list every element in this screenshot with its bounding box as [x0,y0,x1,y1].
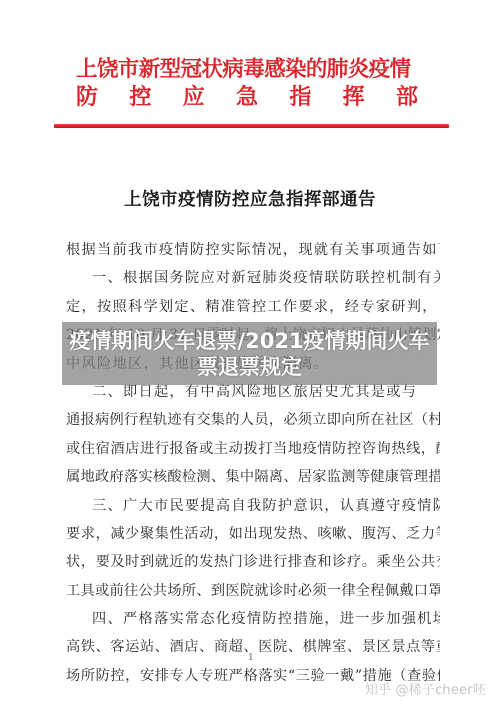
notice-body: 根据当前我市疫情防控实际情况，现就有关事项通告如下： 一、根据国务院应对新冠肺炎… [66,236,440,690]
body-line: 四、严格落实常态化疫情防控措施，进一步加强机场、 [66,605,440,633]
body-line: 定，按照科学划定、精准管控工作要求，经专家研判，自 [66,293,440,321]
authority-char: 指 [289,84,311,110]
body-line: 三、广大市民要提高自我防护意识，认真遵守疫情防控 [66,492,440,520]
notice-title: 上饶市疫情防控应急指挥部通告 [0,186,500,211]
red-header-divider [54,124,449,128]
authority-char: 应 [183,84,205,110]
body-line: 根据当前我市疫情防控实际情况，现就有关事项通告如下： [66,236,440,264]
issuing-authority-line1: 上饶市新型冠状病毒感染的肺炎疫情 [76,57,418,83]
body-line: 一、根据国务院应对新冠肺炎疫情联防联控机制有关规 [66,264,440,292]
authority-char: 控 [129,84,151,110]
authority-char: 急 [236,84,258,110]
body-line: 属地政府落实核酸检测、集中隔离、居家监测等健康管理措施。 [66,463,440,491]
authority-char: 防 [76,84,98,110]
zhihu-watermark: 知乎 @稀子cheer呸 [365,679,486,698]
body-line: 要求，减少聚集性活动，如出现发热、咳嗽、腹泻、乏力等症 [66,520,440,548]
article-title-overlay: 疫情期间火车退票/2021疫情期间火车票退票规定 [62,322,437,385]
body-line: 通报病例行程轨迹有交集的人员，必须立即向所在社区（村组） [66,406,440,434]
body-line: 或住宿酒店进行报备或主动拨打当地疫情防控咨询热线，配合 [66,435,440,463]
authority-char: 挥 [343,84,365,110]
page-number: 1 [248,653,254,663]
issuing-authority-line2: 防 控 应 急 指 挥 部 [76,84,418,110]
body-line: 状，要及时到就近的发热门诊进行排查和诊疗。乘坐公共交通 [66,548,440,576]
authority-char: 部 [396,84,418,110]
body-line: 工具或前往公共场所、到医院就诊时必须一律全程佩戴口罩。 [66,577,440,605]
